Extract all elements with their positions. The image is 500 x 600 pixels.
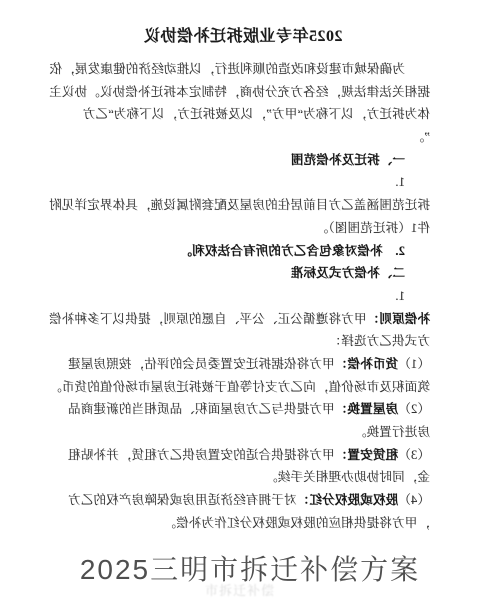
document-text: ，甲方将提供相应的股权或股权分红作为补偿。 <box>163 516 430 530</box>
document-text: 体为拆迁方，以下称为“甲方”，以及被拆迁方，以下称为“乙方 <box>83 107 430 121</box>
document-text: 为确保城市建设和改造的顺利进行，以推动经济的健康发展，依 <box>49 62 405 76</box>
document-text: 1. <box>395 289 405 303</box>
document-line: 为确保城市建设和改造的顺利进行，以推动经济的健康发展，依 <box>56 58 430 81</box>
document-text: 方式供乙方选择： <box>328 334 430 348</box>
document-text: 对于拥有经济适用房或保障房产权的乙方 <box>68 493 297 507</box>
document-line: （4）股权或股权分红：对于拥有经济适用房或保障房产权的乙方 <box>56 489 430 512</box>
document-text: 件1（拆迁范围图）。 <box>315 221 430 235</box>
document-line: ”。 <box>56 126 430 149</box>
document-text-bold: 房屋置换： <box>335 402 399 416</box>
page: 2025年专业版拆迁补偿协议 为确保城市建设和改造的顺利进行，以推动经济的健康发… <box>0 0 500 600</box>
document-text: 筑面积及市场价值，向乙方支付等值于被拆迁房屋市场价值的货币。 <box>49 380 430 394</box>
mirrored-document-photo: 2025年专业版拆迁补偿协议 为确保城市建设和改造的顺利进行，以推动经济的健康发… <box>56 27 430 534</box>
document-text: 金，同时协助办理相关手续。 <box>265 470 430 484</box>
document-text: 甲方将遵循公正、公平、自愿的原则，提供以下多种补偿 <box>49 312 367 326</box>
document-text: 1. <box>395 175 405 189</box>
document-text: 甲方提供与乙方房屋面积、品质相当的新建商品 <box>68 402 335 416</box>
document-line: （2）房屋置换：甲方提供与乙方房屋面积、品质相当的新建商品 <box>56 398 430 421</box>
document-line: 1. <box>56 285 430 308</box>
document-text-bold: 租赁安置： <box>335 448 399 462</box>
document-line: 体为拆迁方，以下称为“甲方”，以及被拆迁方，以下称为“乙方 <box>56 103 430 126</box>
document-line: 拆迁范围涵盖乙方目前居住的房屋及配套附属设施，具体界定详见附 <box>56 194 430 217</box>
document-line: ，甲方将提供相应的股权或股权分红作为补偿。 <box>56 512 430 535</box>
document-text: 甲方将依据拆迁安置委员会的评估，按照房屋建 <box>68 357 335 371</box>
document-line: （3）租赁安置：甲方将提供合适的安置房供乙方租赁，并补贴租 <box>56 444 430 467</box>
document-text-bold: 一、拆迁及补偿范围 <box>291 153 405 167</box>
document-line: 二、补偿方式及标准 <box>56 262 430 285</box>
document-line: 据相关法律法规，经各方充分协商，特制定本拆迁补偿协议。协议主 <box>56 81 430 104</box>
document-line: 金，同时协助办理相关手续。 <box>56 466 430 489</box>
document-text: （1） <box>398 357 430 371</box>
document-line: 一、拆迁及补偿范围 <box>56 149 430 172</box>
document-text-bold: 货币补偿： <box>335 357 399 371</box>
document-text: 甲方将提供合适的安置房供乙方租赁，并补贴租 <box>68 448 335 462</box>
document-text-bold: 补偿原则： <box>366 312 430 326</box>
document-line: 筑面积及市场价值，向乙方支付等值于被拆迁房屋市场价值的货币。 <box>56 376 430 399</box>
document-text-bold: 股权或股权分红： <box>297 493 399 507</box>
document-title: 2025年专业版拆迁补偿协议 <box>56 27 430 47</box>
document-text: （3） <box>398 448 430 462</box>
document-text: ”。 <box>412 130 430 144</box>
document-line: 2. 补偿对象包含乙方的所有合法权利。 <box>56 240 430 263</box>
document-body: 为确保城市建设和改造的顺利进行，以推动经济的健康发展，依据相关法律法规，经各方充… <box>56 58 430 534</box>
document-text-bold: 2. 补偿对象包含乙方的所有合法权利。 <box>179 244 405 258</box>
document-text: 房进行置换。 <box>354 425 430 439</box>
image-caption: 2025三明市拆迁补偿方案 <box>0 548 500 588</box>
document-text-bold: 二、补偿方式及标准 <box>291 266 405 280</box>
document-text: （2） <box>398 402 430 416</box>
document-line: 房进行置换。 <box>56 421 430 444</box>
document-line: 方式供乙方选择： <box>56 330 430 353</box>
document-line: 1. <box>56 171 430 194</box>
document-text: 拆迁范围涵盖乙方目前居住的房屋及配套附属设施，具体界定详见附 <box>49 198 430 212</box>
document-line: （1）货币补偿：甲方将依据拆迁安置委员会的评估，按照房屋建 <box>56 353 430 376</box>
document-text: 据相关法律法规，经各方充分协商，特制定本拆迁补偿协议。协议主 <box>49 85 430 99</box>
document-line: 件1（拆迁范围图）。 <box>56 217 430 240</box>
document-line: 补偿原则：甲方将遵循公正、公平、自愿的原则，提供以下多种补偿 <box>56 308 430 331</box>
document-text: （4） <box>398 493 430 507</box>
